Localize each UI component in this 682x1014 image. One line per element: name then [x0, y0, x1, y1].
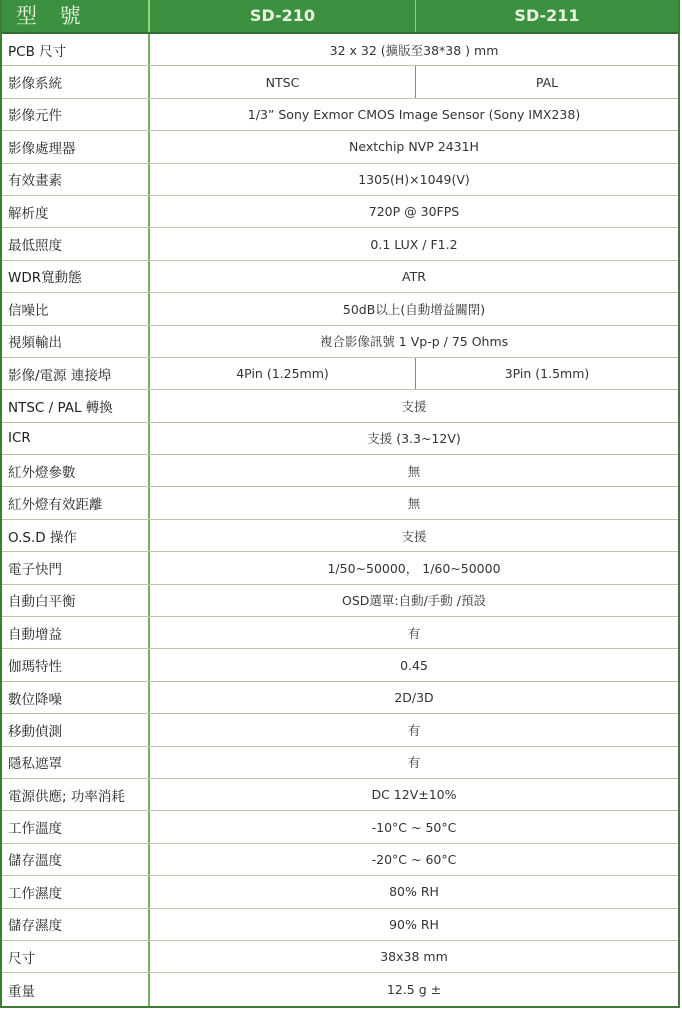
model-sd-210-header: SD-210	[150, 0, 416, 32]
table-row: 儲存溫度-20°C ~ 60°C	[2, 844, 678, 876]
row-value-sd-210: NTSC	[150, 66, 416, 97]
row-value: 支援	[150, 390, 678, 421]
table-row: ICR支援 (3.3~12V)	[2, 423, 678, 455]
row-value: 1/3” Sony Exmor CMOS Image Sensor (Sony …	[150, 99, 678, 130]
table-row: 儲存濕度90% RH	[2, 909, 678, 941]
table-row: PCB 尺寸32 x 32 (擴版至38*38 ) mm	[2, 34, 678, 66]
table-row: 伽瑪特性0.45	[2, 649, 678, 681]
row-value: 50dB以上(自動增益關閉)	[150, 293, 678, 324]
row-label: 自動增益	[2, 617, 150, 648]
row-value: 有	[150, 617, 678, 648]
table-row: NTSC / PAL 轉換支援	[2, 390, 678, 422]
row-value: ATR	[150, 261, 678, 292]
row-value: 32 x 32 (擴版至38*38 ) mm	[150, 34, 678, 65]
table-header: 型 號 SD-210 SD-211	[2, 0, 678, 34]
row-value: 0.45	[150, 649, 678, 680]
table-row: 自動白平衡OSD選單:自動/手動 /預設	[2, 585, 678, 617]
row-value: 無	[150, 487, 678, 518]
row-label: 影像系統	[2, 66, 150, 97]
table-row: 影像系統NTSCPAL	[2, 66, 678, 98]
table-row: WDR寬動態ATR	[2, 261, 678, 293]
row-value: 有	[150, 714, 678, 745]
row-value: -20°C ~ 60°C	[150, 844, 678, 875]
table-row: 隱私遮罩有	[2, 747, 678, 779]
row-label: 伽瑪特性	[2, 649, 150, 680]
table-row: 電源供應; 功率消耗DC 12V±10%	[2, 779, 678, 811]
row-label: 解析度	[2, 196, 150, 227]
table-row: 重量12.5 g ±	[2, 973, 678, 1005]
row-label: 自動白平衡	[2, 585, 150, 616]
row-value: 90% RH	[150, 909, 678, 940]
row-value-sd-210: 4Pin (1.25mm)	[150, 358, 416, 389]
row-label: 視頻輸出	[2, 326, 150, 357]
table-row: 工作溫度-10°C ~ 50°C	[2, 811, 678, 843]
table-row: 影像處理器Nextchip NVP 2431H	[2, 131, 678, 163]
row-value: -10°C ~ 50°C	[150, 811, 678, 842]
table-row: 解析度720P @ 30FPS	[2, 196, 678, 228]
row-value: 1305(H)×1049(V)	[150, 164, 678, 195]
row-label: 紅外燈參數	[2, 455, 150, 486]
table-row: 影像元件1/3” Sony Exmor CMOS Image Sensor (S…	[2, 99, 678, 131]
row-label: WDR寬動態	[2, 261, 150, 292]
row-label: PCB 尺寸	[2, 34, 150, 65]
row-value: 無	[150, 455, 678, 486]
table-row: 影像/電源 連接埠4Pin (1.25mm)3Pin (1.5mm)	[2, 358, 678, 390]
row-label: 重量	[2, 973, 150, 1005]
table-row: 視頻輸出複合影像訊號 1 Vp-p / 75 Ohms	[2, 326, 678, 358]
row-value: 有	[150, 747, 678, 778]
model-sd-211-header: SD-211	[416, 0, 678, 32]
spec-table: 型 號 SD-210 SD-211 PCB 尺寸32 x 32 (擴版至38*3…	[0, 0, 680, 1008]
row-label: 有效畫素	[2, 164, 150, 195]
table-row: 信噪比50dB以上(自動增益關閉)	[2, 293, 678, 325]
row-label: 移動偵測	[2, 714, 150, 745]
row-label: 尺寸	[2, 941, 150, 972]
row-label: 信噪比	[2, 293, 150, 324]
row-value: OSD選單:自動/手動 /預設	[150, 585, 678, 616]
table-row: 數位降噪2D/3D	[2, 682, 678, 714]
row-value: 12.5 g ±	[150, 973, 678, 1005]
table-row: 自動增益有	[2, 617, 678, 649]
row-value: 0.1 LUX / F1.2	[150, 228, 678, 259]
row-value: 支援 (3.3~12V)	[150, 423, 678, 454]
row-label: NTSC / PAL 轉換	[2, 390, 150, 421]
row-value: DC 12V±10%	[150, 779, 678, 810]
row-value: 1/50~50000， 1/60~50000	[150, 552, 678, 583]
row-label: 影像元件	[2, 99, 150, 130]
row-value: 720P @ 30FPS	[150, 196, 678, 227]
row-label: 電源供應; 功率消耗	[2, 779, 150, 810]
row-label: 紅外燈有效距離	[2, 487, 150, 518]
table-row: 最低照度0.1 LUX / F1.2	[2, 228, 678, 260]
table-row: 尺寸38x38 mm	[2, 941, 678, 973]
table-row: 移動偵測有	[2, 714, 678, 746]
row-value: 80% RH	[150, 876, 678, 907]
row-value: 38x38 mm	[150, 941, 678, 972]
table-row: 有效畫素1305(H)×1049(V)	[2, 164, 678, 196]
table-body: PCB 尺寸32 x 32 (擴版至38*38 ) mm影像系統NTSCPAL影…	[2, 34, 678, 1006]
row-label: 儲存溫度	[2, 844, 150, 875]
row-label: 影像/電源 連接埠	[2, 358, 150, 389]
row-value: Nextchip NVP 2431H	[150, 131, 678, 162]
table-row: 紅外燈有效距離無	[2, 487, 678, 519]
row-label: 工作溫度	[2, 811, 150, 842]
row-label: 最低照度	[2, 228, 150, 259]
row-label: 數位降噪	[2, 682, 150, 713]
table-row: 紅外燈參數無	[2, 455, 678, 487]
row-label: 隱私遮罩	[2, 747, 150, 778]
row-value-sd-211: 3Pin (1.5mm)	[416, 358, 678, 389]
table-row: 工作濕度80% RH	[2, 876, 678, 908]
model-label-header: 型 號	[2, 0, 150, 32]
row-value: 2D/3D	[150, 682, 678, 713]
row-label: 影像處理器	[2, 131, 150, 162]
row-label: 電子快門	[2, 552, 150, 583]
table-row: 電子快門1/50~50000， 1/60~50000	[2, 552, 678, 584]
row-value-sd-211: PAL	[416, 66, 678, 97]
row-label: 工作濕度	[2, 876, 150, 907]
row-value: 複合影像訊號 1 Vp-p / 75 Ohms	[150, 326, 678, 357]
table-row: O.S.D 操作支援	[2, 520, 678, 552]
row-label: O.S.D 操作	[2, 520, 150, 551]
row-value: 支援	[150, 520, 678, 551]
row-label: ICR	[2, 423, 150, 454]
row-label: 儲存濕度	[2, 909, 150, 940]
